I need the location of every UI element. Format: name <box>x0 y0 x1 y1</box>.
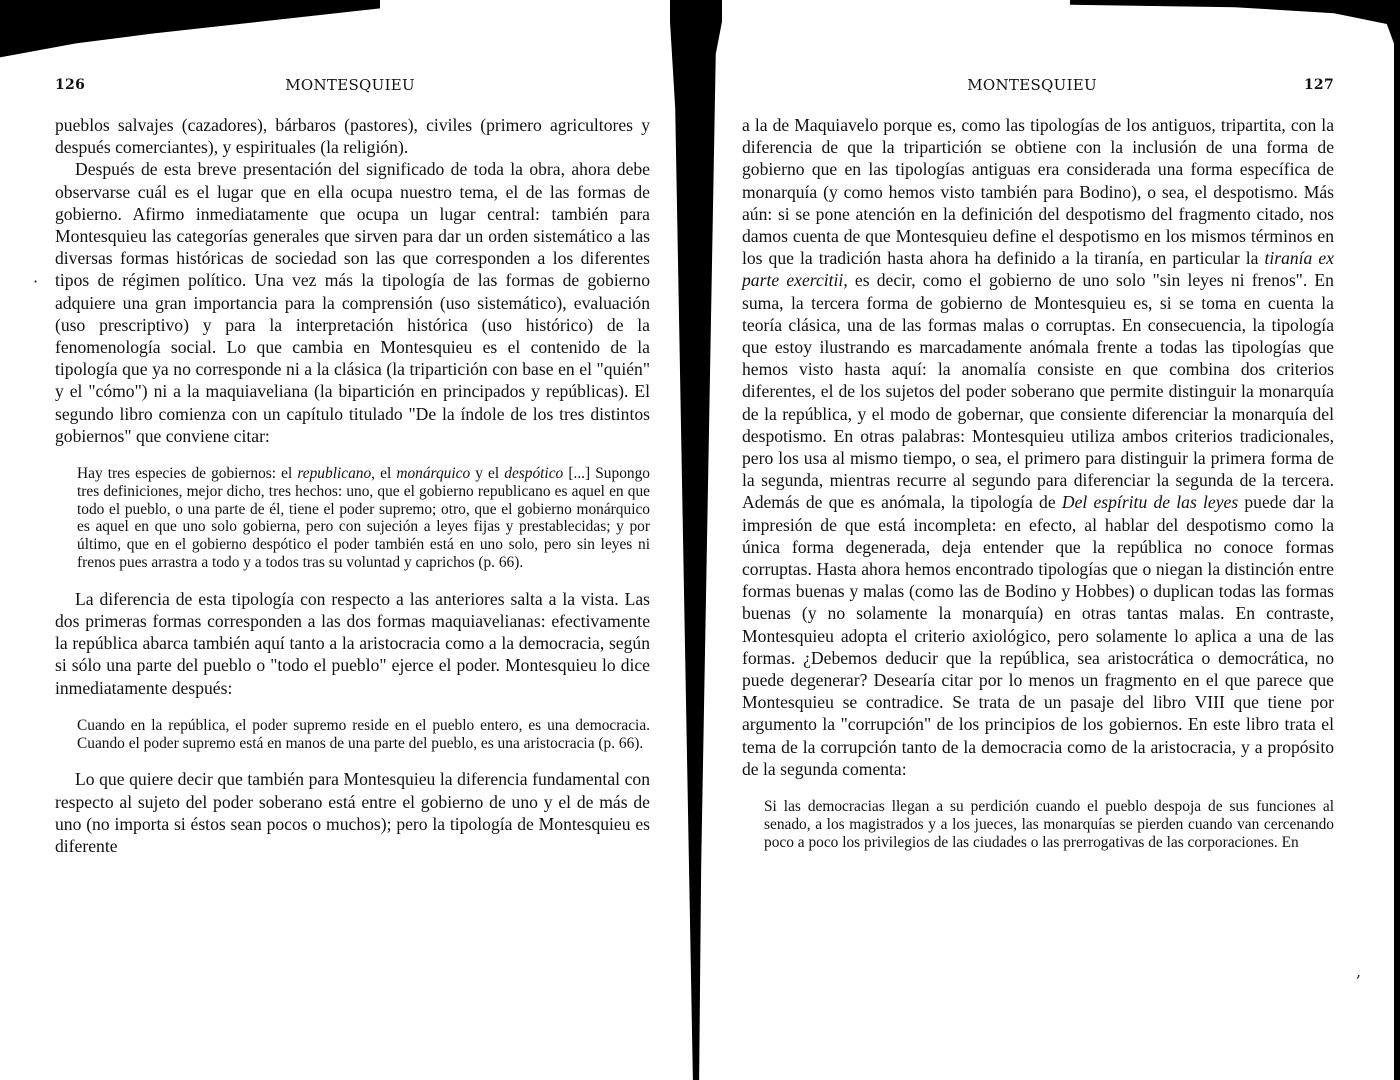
scan-speck: , <box>1356 962 1361 981</box>
paragraph: Lo que quiere decir que también para Mon… <box>55 768 650 857</box>
paragraph: pueblos salvajes (cazadores), bárbaros (… <box>55 114 650 158</box>
left-page-body: pueblos salvajes (cazadores), bárbaros (… <box>55 114 650 857</box>
scan-shadow-top-right <box>1070 0 1400 60</box>
right-page-body: a la de Maquiavelo porque es, como las t… <box>742 114 1334 867</box>
scan-shadow-right-edge <box>1394 30 1400 1080</box>
page-number: 127 <box>1304 77 1334 93</box>
running-title: MONTESQUIEU <box>742 76 1097 94</box>
left-page-header: 126 MONTESQUIEU <box>55 76 650 98</box>
running-title: MONTESQUIEU <box>55 76 415 94</box>
block-quote: Hay tres especies de gobiernos: el repub… <box>77 465 650 572</box>
paragraph: a la de Maquiavelo porque es, como las t… <box>742 114 1334 780</box>
paragraph: La diferencia de esta tipología con resp… <box>55 588 650 699</box>
book-gutter <box>670 0 722 1080</box>
right-page-header: MONTESQUIEU 127 <box>742 76 1334 98</box>
block-quote: Cuando en la república, el poder supremo… <box>77 717 650 753</box>
block-quote: Si las democracias llegan a su perdición… <box>764 798 1334 851</box>
scan-shadow-top-left <box>0 0 380 70</box>
paragraph: Después de esta breve presentación del s… <box>55 158 650 447</box>
scan-speck: · <box>33 272 38 291</box>
